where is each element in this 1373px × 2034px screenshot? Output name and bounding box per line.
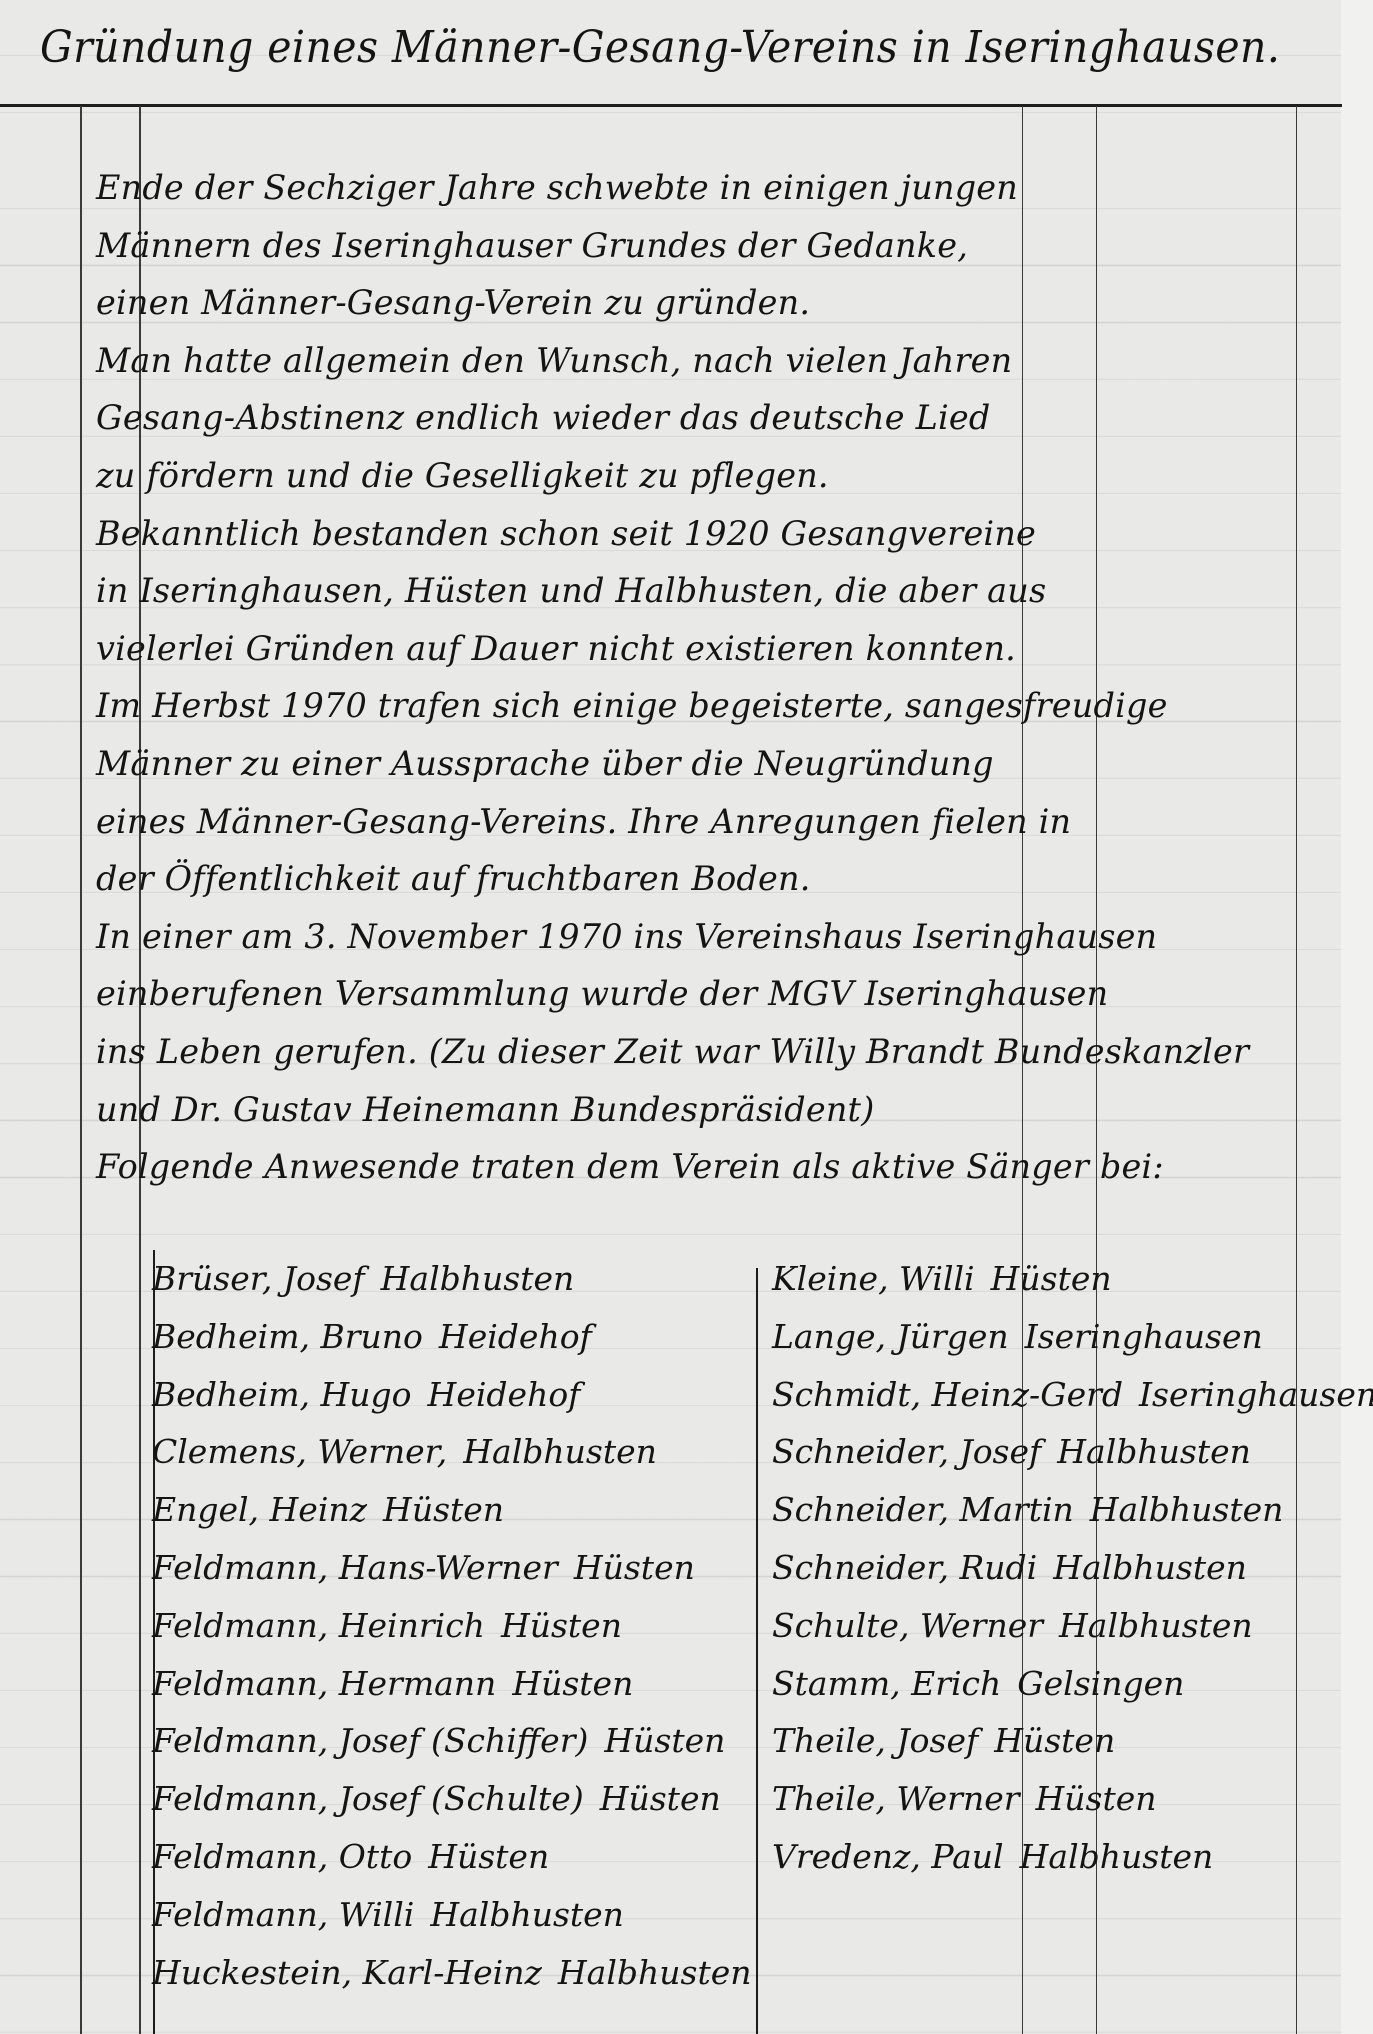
member-entry: Vredenz, PaulHalbhusten	[772, 1828, 1373, 1886]
member-entry: Schulte, WernerHalbhusten	[772, 1597, 1373, 1655]
member-name: Theile, Josef	[772, 1721, 978, 1760]
title-underline	[0, 104, 1342, 107]
member-place: Halbhusten	[381, 1259, 575, 1298]
member-list-left: Brüser, JosefHalbhustenBedheim, BrunoHei…	[152, 1250, 768, 2001]
body-line: Männer zu einer Aussprache über die Neug…	[96, 736, 1276, 794]
body-line: einen Männer-Gesang-Verein zu gründen.	[96, 275, 1276, 333]
member-place: Halbhusten	[1090, 1490, 1284, 1529]
member-name: Kleine, Willi	[772, 1259, 975, 1298]
member-entry: Feldmann, Hans-WernerHüsten	[152, 1539, 768, 1597]
member-name: Feldmann, Heinrich	[152, 1606, 485, 1645]
body-line: einberufenen Versammlung wurde der MGV I…	[96, 966, 1276, 1024]
member-name: Schneider, Rudi	[772, 1548, 1037, 1587]
body-line: in Iseringhausen, Hüsten und Halbhusten,…	[96, 563, 1276, 621]
member-place: Hüsten	[600, 1779, 721, 1818]
body-line: Folgende Anwesende traten dem Verein als…	[96, 1139, 1276, 1197]
member-place: Halbhusten	[1053, 1548, 1247, 1587]
body-line: Gesang-Abstinenz endlich wieder das deut…	[96, 390, 1276, 448]
member-name: Schmidt, Heinz-Gerd	[772, 1375, 1123, 1414]
member-name: Vredenz, Paul	[772, 1837, 1004, 1876]
body-line: Ende der Sechziger Jahre schwebte in ein…	[96, 160, 1276, 218]
body-line: und Dr. Gustav Heinemann Bundespräsident…	[96, 1082, 1276, 1140]
member-place: Halbhusten	[1059, 1606, 1253, 1645]
member-place: Hüsten	[604, 1721, 725, 1760]
member-name: Stamm, Erich	[772, 1664, 1001, 1703]
member-entry: Huckestein, Karl-HeinzHalbhusten	[152, 1944, 768, 2002]
member-entry: Engel, HeinzHüsten	[152, 1481, 768, 1539]
member-name: Schneider, Martin	[772, 1490, 1074, 1529]
ledger-page: Gründung eines Männer-Gesang-Vereins in …	[0, 0, 1373, 2034]
member-place: Iseringhausen	[1025, 1317, 1263, 1356]
member-place: Hüsten	[1036, 1779, 1157, 1818]
body-line: Männern des Iseringhauser Grundes der Ge…	[96, 218, 1276, 276]
member-place: Hüsten	[994, 1721, 1115, 1760]
body-text: Ende der Sechziger Jahre schwebte in ein…	[96, 160, 1296, 1197]
member-entry: Kleine, WilliHüsten	[772, 1250, 1373, 1308]
member-place: Heidehof	[439, 1317, 592, 1356]
member-entry: Schneider, MartinHalbhusten	[772, 1481, 1373, 1539]
member-name: Feldmann, Josef (Schiffer)	[152, 1721, 588, 1760]
member-place: Hüsten	[383, 1490, 504, 1529]
member-name: Brüser, Josef	[152, 1259, 365, 1298]
member-entry: Feldmann, Josef (Schulte)Hüsten	[152, 1770, 768, 1828]
member-place: Halbhusten	[1057, 1432, 1251, 1471]
body-line: ins Leben gerufen. (Zu dieser Zeit war W…	[96, 1024, 1276, 1082]
member-place: Hüsten	[428, 1837, 549, 1876]
member-place: Hüsten	[991, 1259, 1112, 1298]
body-line: Bekanntlich bestanden schon seit 1920 Ge…	[96, 506, 1276, 564]
member-place: Iseringhausen	[1139, 1375, 1373, 1414]
member-entry: Bedheim, BrunoHeidehof	[152, 1308, 768, 1366]
member-entry: Theile, WernerHüsten	[772, 1770, 1373, 1828]
margin-line-1	[80, 106, 82, 2034]
member-entry: Theile, JosefHüsten	[772, 1712, 1373, 1770]
body-line: Man hatte allgemein den Wunsch, nach vie…	[96, 333, 1276, 391]
member-entry: Brüser, JosefHalbhusten	[152, 1250, 768, 1308]
member-name: Feldmann, Hans-Werner	[152, 1548, 558, 1587]
body-line: eines Männer-Gesang-Vereins. Ihre Anregu…	[96, 794, 1276, 852]
member-name: Bedheim, Hugo	[152, 1375, 412, 1414]
member-entry: Lange, JürgenIseringhausen	[772, 1308, 1373, 1366]
body-line: In einer am 3. November 1970 ins Vereins…	[96, 909, 1276, 967]
member-place: Halbhusten	[558, 1953, 752, 1992]
body-line: Im Herbst 1970 trafen sich einige begeis…	[96, 678, 1276, 736]
member-name: Feldmann, Willi	[152, 1895, 414, 1934]
member-list-divider	[756, 1268, 758, 2034]
member-name: Schneider, Josef	[772, 1432, 1041, 1471]
member-entry: Clemens, Werner,Halbhusten	[152, 1423, 768, 1481]
member-name: Feldmann, Hermann	[152, 1664, 496, 1703]
body-line: zu fördern und die Geselligkeit zu pfleg…	[96, 448, 1276, 506]
member-name: Engel, Heinz	[152, 1490, 367, 1529]
member-name: Feldmann, Otto	[152, 1837, 412, 1876]
member-entry: Schneider, JosefHalbhusten	[772, 1423, 1373, 1481]
member-name: Theile, Werner	[772, 1779, 1020, 1818]
member-place: Hüsten	[512, 1664, 633, 1703]
member-name: Feldmann, Josef (Schulte)	[152, 1779, 584, 1818]
member-name: Huckestein, Karl-Heinz	[152, 1953, 542, 1992]
member-place: Halbhusten	[463, 1432, 657, 1471]
member-place: Heidehof	[428, 1375, 581, 1414]
member-entry: Feldmann, Josef (Schiffer)Hüsten	[152, 1712, 768, 1770]
member-entry: Feldmann, OttoHüsten	[152, 1828, 768, 1886]
member-entry: Schneider, RudiHalbhusten	[772, 1539, 1373, 1597]
member-place: Hüsten	[574, 1548, 695, 1587]
body-line: vielerlei Gründen auf Dauer nicht existi…	[96, 621, 1276, 679]
member-name: Clemens, Werner,	[152, 1432, 447, 1471]
page-title: Gründung eines Männer-Gesang-Vereins in …	[40, 22, 1280, 73]
member-place: Halbhusten	[1020, 1837, 1214, 1876]
member-entry: Schmidt, Heinz-GerdIseringhausen	[772, 1366, 1373, 1424]
member-entry: Stamm, ErichGelsingen	[772, 1655, 1373, 1713]
member-entry: Feldmann, WilliHalbhusten	[152, 1886, 768, 1944]
member-name: Schulte, Werner	[772, 1606, 1043, 1645]
member-list-right: Kleine, WilliHüstenLange, JürgenIseringh…	[772, 1250, 1373, 1886]
member-place: Gelsingen	[1017, 1664, 1184, 1703]
member-place: Hüsten	[501, 1606, 622, 1645]
body-line: der Öffentlichkeit auf fruchtbaren Boden…	[96, 851, 1276, 909]
member-entry: Feldmann, HermannHüsten	[152, 1655, 768, 1713]
member-name: Bedheim, Bruno	[152, 1317, 423, 1356]
member-name: Lange, Jürgen	[772, 1317, 1009, 1356]
member-place: Halbhusten	[430, 1895, 624, 1934]
member-entry: Feldmann, HeinrichHüsten	[152, 1597, 768, 1655]
member-entry: Bedheim, HugoHeidehof	[152, 1366, 768, 1424]
